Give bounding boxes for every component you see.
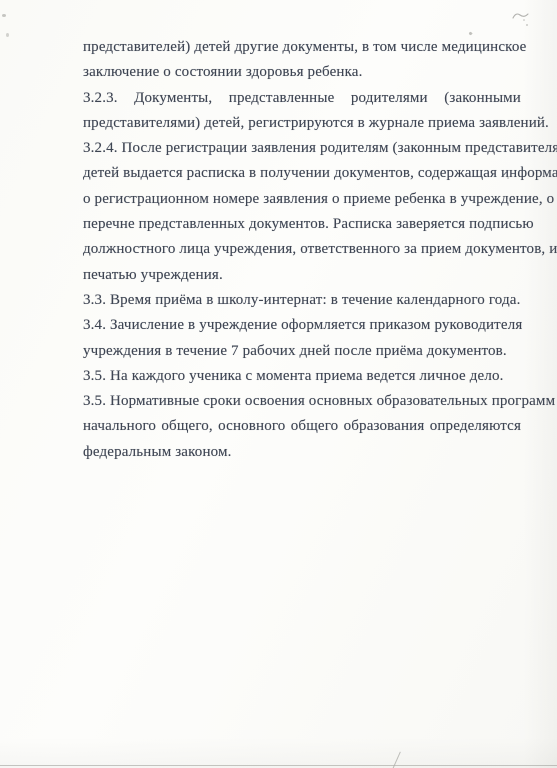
text-line: печатью учреждения. <box>83 263 521 288</box>
paragraph-322-continuation: представителей) детей другие документы, … <box>83 35 521 86</box>
scan-speck-icon <box>6 33 9 37</box>
paragraph-34: 3.4. Зачисление в учреждение оформляется… <box>83 313 521 364</box>
text-line: 3.2.3. Документы, представленные родител… <box>83 86 521 111</box>
scanned-document-page: представителей) детей другие документы, … <box>0 0 557 768</box>
scan-hair-line <box>392 752 401 768</box>
text-line: 3.2.4. После регистрации заявления родит… <box>83 136 521 161</box>
text-line: детей выдается расписка в получении доку… <box>83 161 521 186</box>
scan-speck-icon <box>526 24 528 26</box>
text-line: 3.5. Нормативные сроки освоения основных… <box>83 389 521 414</box>
text-line: о регистрационном номере заявления о при… <box>83 187 521 212</box>
text-line: перечне представленных документов. Распи… <box>83 212 521 237</box>
paragraph-33: 3.3. Время приёма в школу-интернат: в те… <box>83 288 521 313</box>
text-line: федеральным законом. <box>83 440 521 465</box>
text-line: представителями) детей, регистрируются в… <box>83 111 521 136</box>
text-line: 3.5. На каждого ученика с момента приема… <box>83 364 521 389</box>
paragraph-35-second: 3.5. Нормативные сроки освоения основных… <box>83 389 521 465</box>
text-line: должностного лица учреждения, ответствен… <box>83 237 521 262</box>
text-line: учреждения в течение 7 рабочих дней посл… <box>83 339 521 364</box>
scan-edge-line <box>0 765 557 766</box>
scan-speck-icon <box>2 14 6 17</box>
document-text-block: представителей) детей другие документы, … <box>83 35 521 465</box>
paragraph-324: 3.2.4. После регистрации заявления родит… <box>83 136 521 288</box>
paragraph-35-first: 3.5. На каждого ученика с момента приема… <box>83 364 521 389</box>
text-line: 3.3. Время приёма в школу-интернат: в те… <box>83 288 521 313</box>
text-line: 3.4. Зачисление в учреждение оформляется… <box>83 313 521 338</box>
text-line: заключение о состоянии здоровья ребенка. <box>83 60 521 85</box>
text-line: представителей) детей другие документы, … <box>83 35 521 60</box>
paragraph-323: 3.2.3. Документы, представленные родител… <box>83 86 521 137</box>
text-line: начального общего, основного общего обра… <box>83 414 521 439</box>
pencil-mark-icon <box>512 11 530 23</box>
